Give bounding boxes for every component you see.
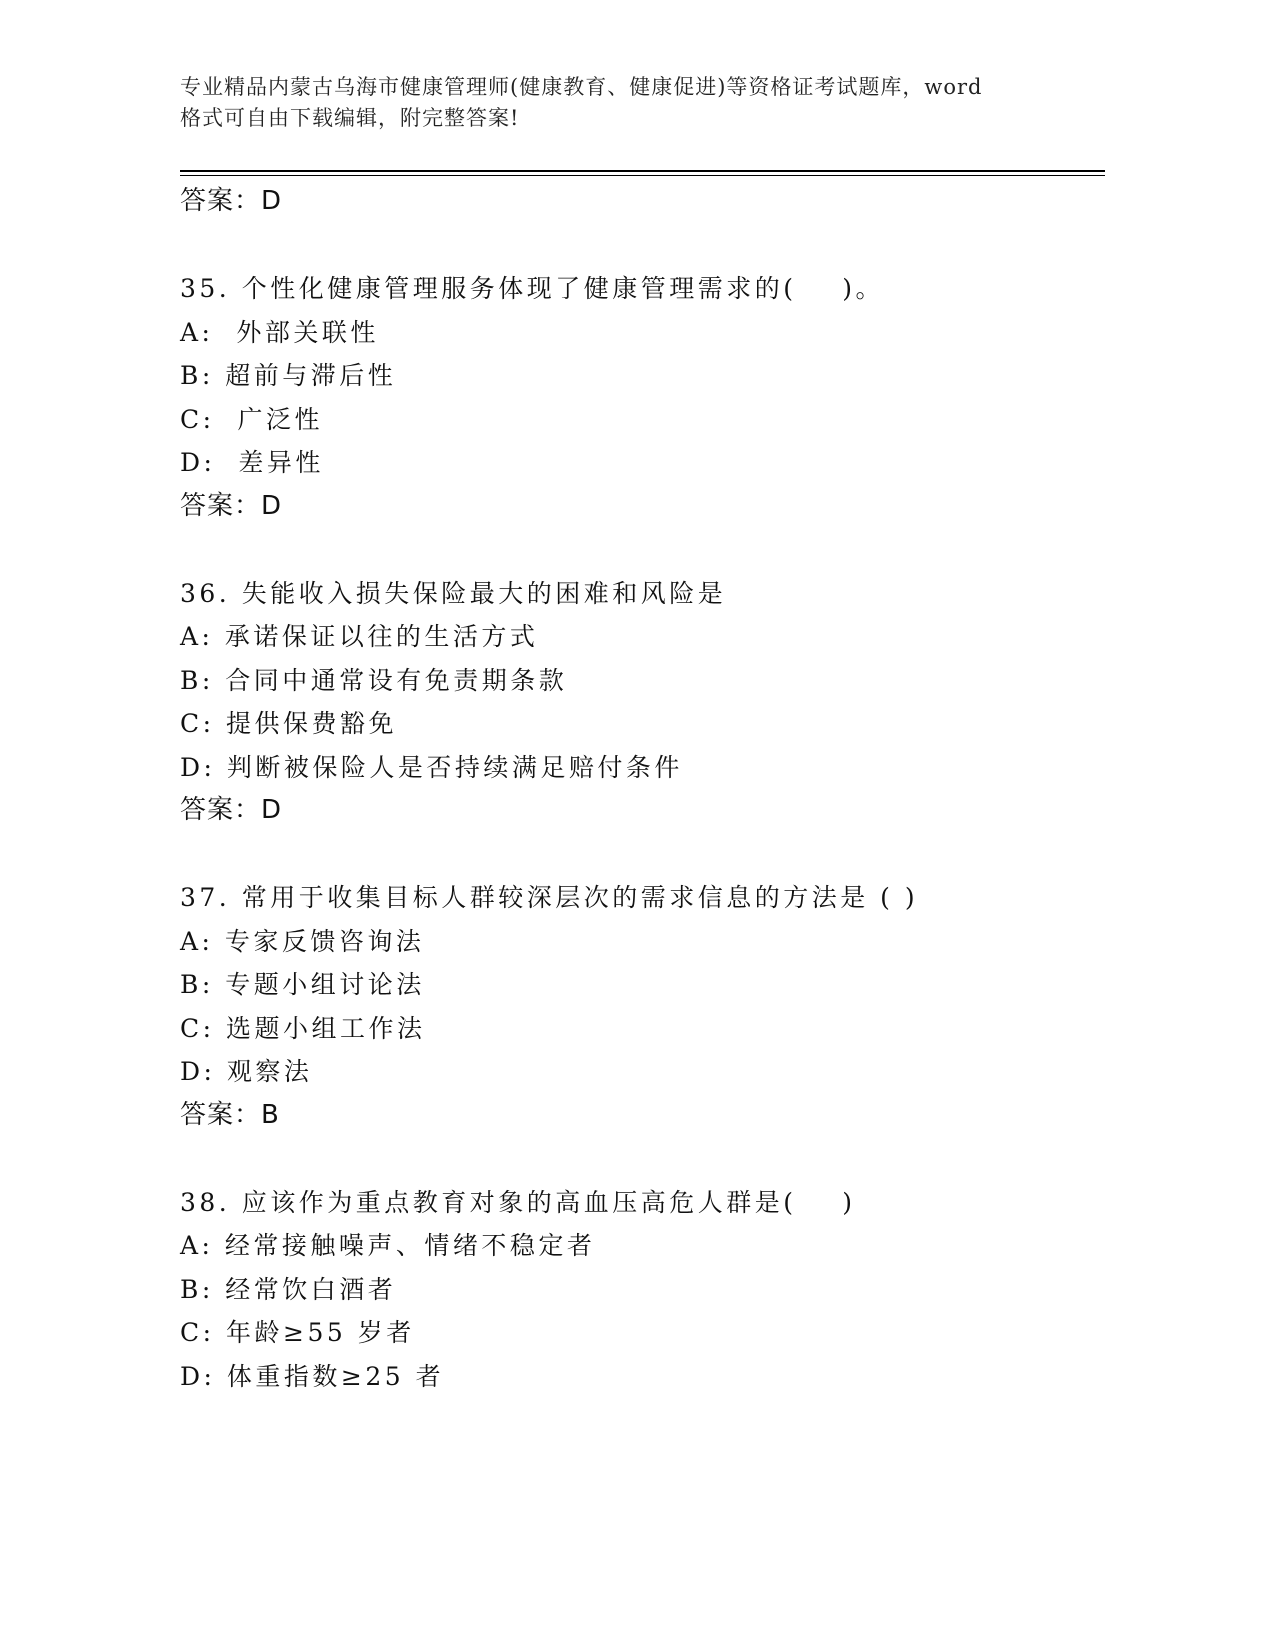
option-c: C: 广泛性 [180,398,1105,442]
question-stem: 38. 应该作为重点教育对象的高血压高危人群是( ) [180,1181,1105,1225]
question-37: 37. 常用于收集目标人群较深层次的需求信息的方法是 ( ) A: 专家反馈咨询… [180,876,1105,1137]
option-b: B: 专题小组讨论法 [180,963,1105,1007]
document-header: 专业精品内蒙古乌海市健康管理师(健康教育、健康促进)等资格证考试题库，word … [180,72,1080,134]
answer: 答案：D [180,789,1105,833]
question-stem: 35. 个性化健康管理服务体现了健康管理需求的( )。 [180,267,1105,311]
option-a: A: 承诺保证以往的生活方式 [180,615,1105,659]
option-a: A: 专家反馈咨询法 [180,920,1105,964]
option-a: A: 外部关联性 [180,311,1105,355]
question-35: 35. 个性化健康管理服务体现了健康管理需求的( )。 A: 外部关联性 B: … [180,267,1105,528]
option-d: D: 观察法 [180,1050,1105,1094]
option-d: D: 判断被保险人是否持续满足赔付条件 [180,746,1105,790]
option-b: B: 经常饮白酒者 [180,1268,1105,1312]
answer: 答案：B [180,1094,1105,1138]
question-stem: 36. 失能收入损失保险最大的困难和风险是 [180,572,1105,616]
option-b: B: 超前与滞后性 [180,354,1105,398]
option-c: C: 年龄≥55 岁者 [180,1311,1105,1355]
option-d: D: 体重指数≥25 者 [180,1355,1105,1399]
option-d: D: 差异性 [180,441,1105,485]
question-38: 38. 应该作为重点教育对象的高血压高危人群是( ) A: 经常接触噪声、情绪不… [180,1181,1105,1399]
option-c: C: 选题小组工作法 [180,1007,1105,1051]
option-b: B: 合同中通常设有免责期条款 [180,659,1105,703]
header-line-1: 专业精品内蒙古乌海市健康管理师(健康教育、健康促进)等资格证考试题库，word [180,72,1080,103]
answer: 答案：D [180,485,1105,529]
question-stem: 37. 常用于收集目标人群较深层次的需求信息的方法是 ( ) [180,876,1105,920]
option-c: C: 提供保费豁免 [180,702,1105,746]
option-a: A: 经常接触噪声、情绪不稳定者 [180,1224,1105,1268]
header-divider [180,170,1105,172]
header-divider-thin [180,175,1105,176]
previous-answer: 答案：D [180,180,1105,224]
header-line-2: 格式可自由下载编辑，附完整答案! [180,103,1080,134]
question-36: 36. 失能收入损失保险最大的困难和风险是 A: 承诺保证以往的生活方式 B: … [180,572,1105,833]
document-body: 答案：D 35. 个性化健康管理服务体现了健康管理需求的( )。 A: 外部关联… [180,180,1105,1398]
